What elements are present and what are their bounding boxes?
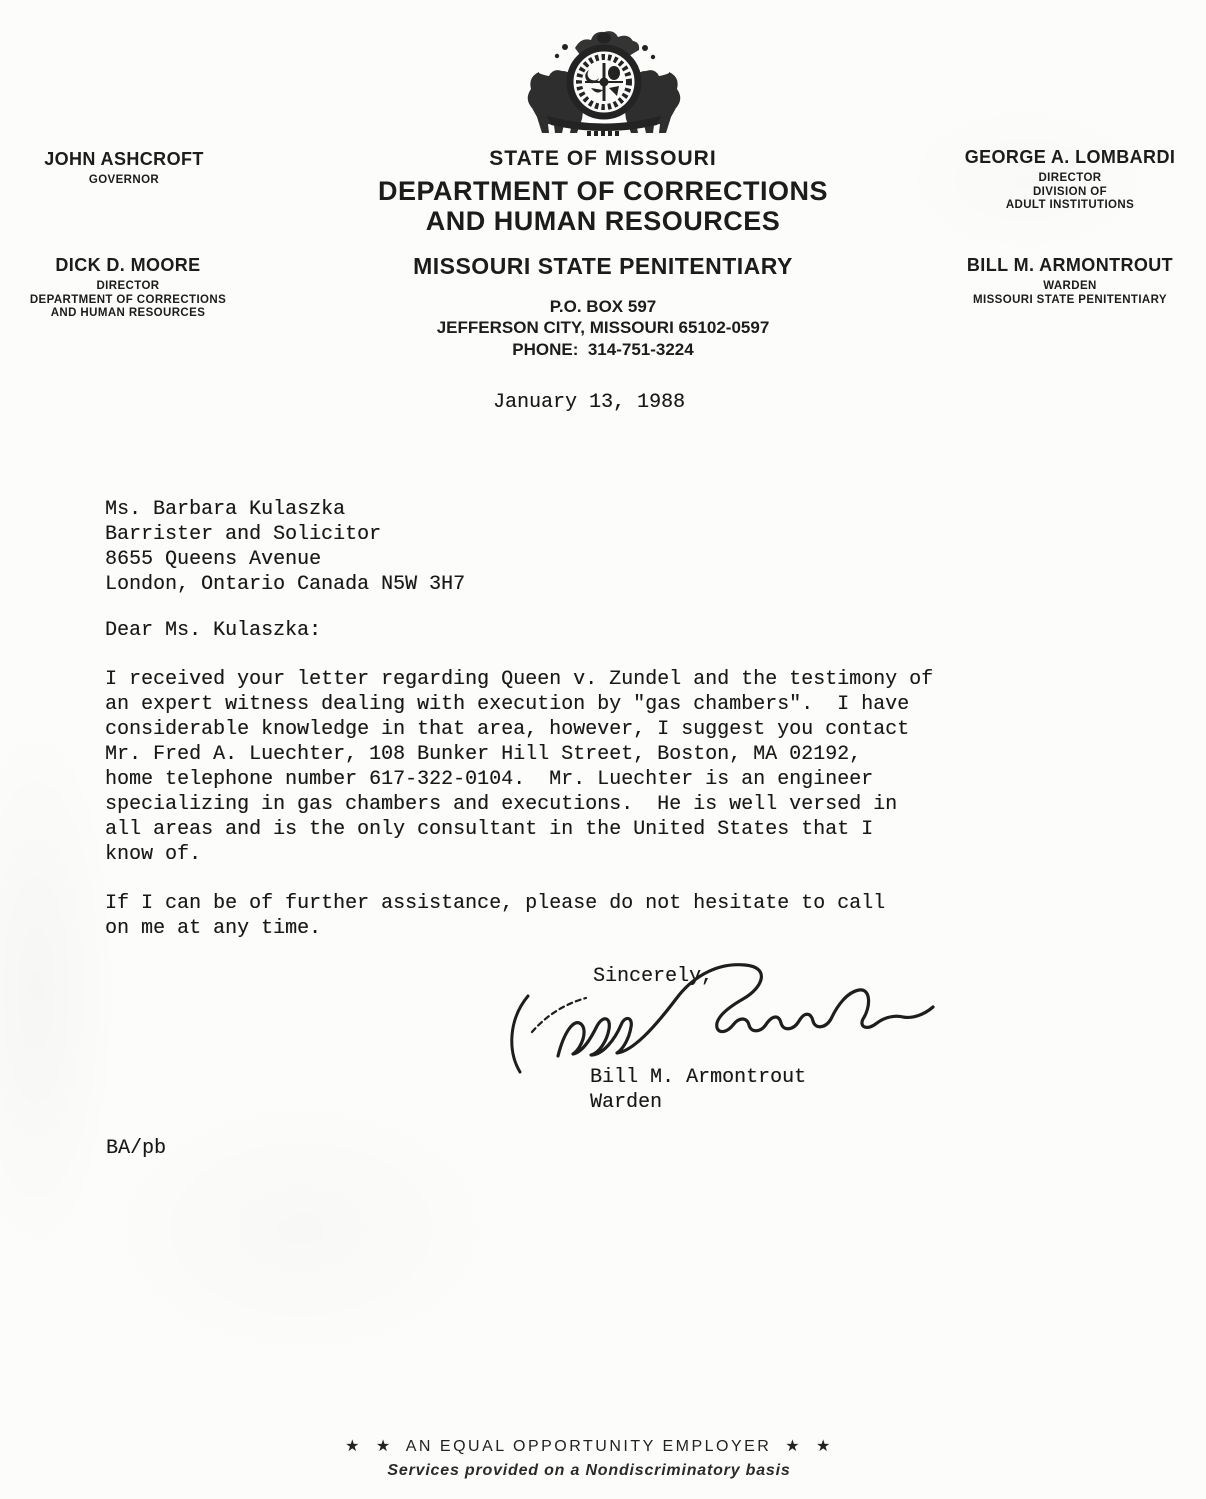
recipient-address: Ms. Barbara Kulaszka Barrister and Solic… xyxy=(105,497,465,597)
warden-title: WARDEN MISSOURI STATE PENITENTIARY xyxy=(940,280,1200,307)
missouri-state-seal-icon xyxy=(513,28,695,145)
letterhead-governor-block: JOHN ASHCROFT GOVERNOR xyxy=(0,149,248,188)
equal-opportunity-line: ★ ★ AN EQUAL OPPORTUNITY EMPLOYER ★ ★ xyxy=(0,1436,1178,1456)
state-name: STATE OF MISSOURI xyxy=(297,147,909,171)
division-director-name: GEORGE A. LOMBARDI xyxy=(940,147,1200,168)
signer-name: Bill M. Armontrout xyxy=(590,1065,806,1090)
nondiscriminatory-line: Services provided on a Nondiscriminatory… xyxy=(0,1462,1178,1480)
salutation: Dear Ms. Kulaszka: xyxy=(105,618,321,643)
institution-name: MISSOURI STATE PENITENTIARY xyxy=(297,253,909,280)
department-name-line2: AND HUMAN RESOURCES xyxy=(297,206,909,237)
letterhead-division-director-block: GEORGE A. LOMBARDI DIRECTOR DIVISION OF … xyxy=(940,147,1200,213)
signer-title: Warden xyxy=(590,1090,662,1115)
footer: ★ ★ AN EQUAL OPPORTUNITY EMPLOYER ★ ★ Se… xyxy=(0,1436,1178,1480)
department-name-line1: DEPARTMENT OF CORRECTIONS xyxy=(297,176,909,207)
po-box: P.O. BOX 597 xyxy=(297,297,909,317)
director-title: DIRECTOR DEPARTMENT OF CORRECTIONS AND H… xyxy=(0,280,256,321)
warden-name: BILL M. ARMONTROUT xyxy=(940,255,1200,276)
city-state-zip: JEFFERSON CITY, MISSOURI 65102-0597 xyxy=(297,318,909,338)
phone-number: PHONE: 314-751-3224 xyxy=(297,340,909,360)
letterhead-director-block: DICK D. MOORE DIRECTOR DEPARTMENT OF COR… xyxy=(0,255,256,321)
governor-name: JOHN ASHCROFT xyxy=(0,149,248,170)
body-paragraph-1: I received your letter regarding Queen v… xyxy=(105,667,933,867)
director-name: DICK D. MOORE xyxy=(0,255,256,276)
letter-date: January 13, 1988 xyxy=(493,390,685,415)
handwritten-signature xyxy=(502,958,942,1080)
body-paragraph-2: If I can be of further assistance, pleas… xyxy=(105,891,885,941)
governor-title: GOVERNOR xyxy=(0,174,248,188)
typist-initials: BA/pb xyxy=(106,1136,166,1161)
letterhead-warden-block: BILL M. ARMONTROUT WARDEN MISSOURI STATE… xyxy=(940,255,1200,307)
division-director-title: DIRECTOR DIVISION OF ADULT INSTITUTIONS xyxy=(940,172,1200,213)
scanned-letter-page: JOHN ASHCROFT GOVERNOR DICK D. MOORE DIR… xyxy=(0,0,1206,1499)
